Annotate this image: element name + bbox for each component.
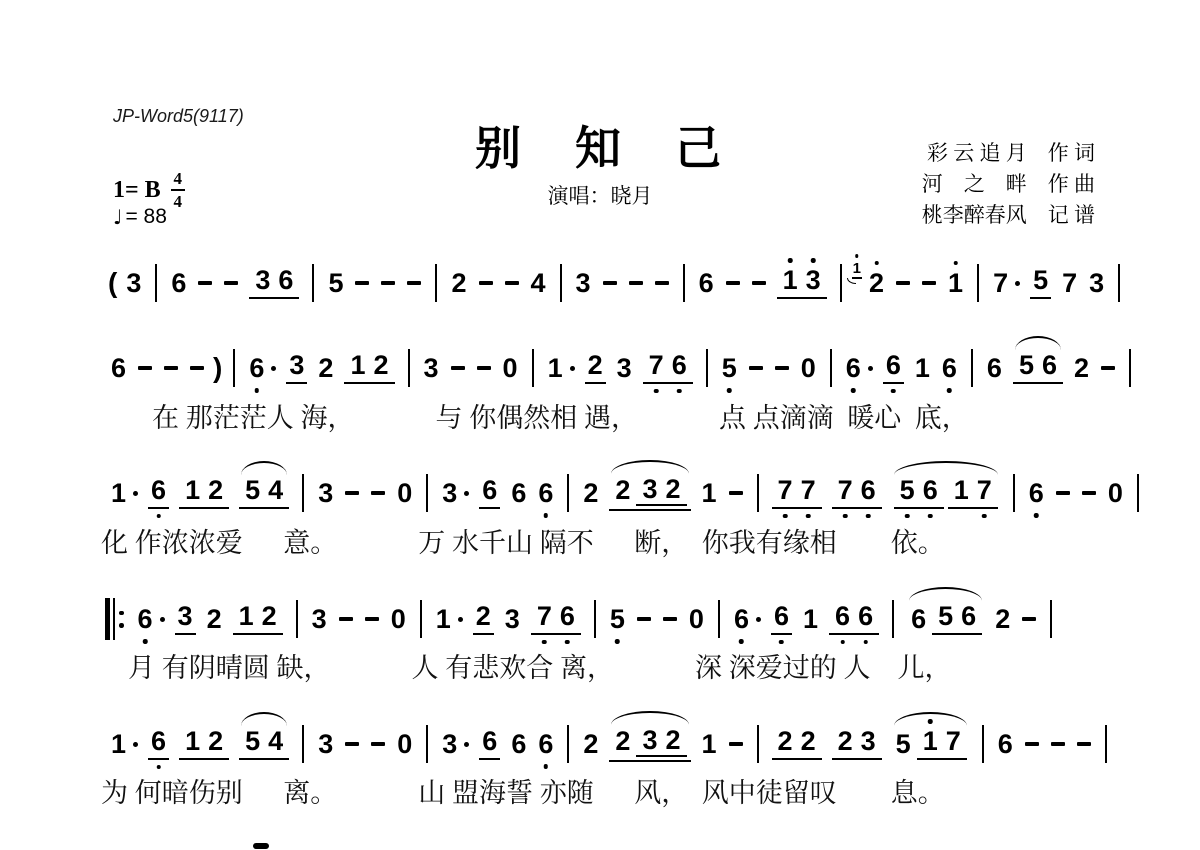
grace-note: 1 [852,261,862,279]
note: 1 [184,728,201,755]
note: 2 [777,728,794,755]
key-label: 1= B [113,177,161,204]
note: 6 [857,603,874,630]
note: 1 [947,270,964,297]
note: 5 [327,270,344,297]
barline [302,725,304,763]
note: 7 [777,477,794,504]
barline [892,600,894,638]
dash-line [345,742,359,746]
note: 5 [937,603,954,630]
octave-dot-low [866,514,871,519]
note: 4 [267,728,284,755]
note: 6 [510,731,527,758]
barline [594,600,596,638]
octave-dot-low [739,639,744,644]
page-edge-mark [253,843,269,849]
note: 6 [479,477,500,509]
octave-dot-low [156,514,161,519]
dash-line [603,281,617,285]
dash-line [1077,742,1091,746]
dash-line [729,742,743,746]
note: 5 [899,477,916,504]
note: 6 [941,355,958,382]
slur-group: 54 [239,728,289,760]
augmentation-dot [133,742,138,747]
fraction-line [171,189,185,191]
octave-dot-low [544,513,549,518]
barline [830,349,832,387]
note: 2 [582,731,599,758]
barline [435,264,437,302]
slur-group: 54 [239,477,289,509]
octave-dot-low [727,388,732,393]
slur-group: 517 [892,728,969,760]
note: 6 [537,480,554,507]
note: 7 [837,477,854,504]
augmentation-dot [464,491,469,496]
augmentation-dot [464,742,469,747]
beam-group: 77 [772,477,822,509]
note: 2 [664,727,681,754]
note: 3 [860,728,877,755]
augmentation-dot [160,617,165,622]
beam-group: 17 [948,477,998,509]
dash-line [729,491,743,495]
note: 6 [170,270,187,297]
slur-group: 5617 [892,477,1000,509]
note: 3 [317,731,334,758]
note: 1 [435,606,463,633]
lyrics-line-2: 化 作浓浓爱 意。 万 水千山 隔不 断， 你我有缘相 依。 [101,521,945,560]
rest-note: 0 [502,355,519,382]
note: 6 [1028,480,1045,507]
octave-dot-low [565,640,570,645]
note: 1 [914,355,931,382]
note: 3 [254,267,271,294]
rest-note: 0 [1107,480,1124,507]
octave-dot-low [156,765,161,770]
note: 3 [504,606,521,633]
octave-dot-high [953,261,958,266]
barline [1129,349,1131,387]
barline [302,474,304,512]
lyrics-line-1: 在 那茫茫人 海， 与 你偶然相 遇， 点 点滴滴 暖心 底， [152,396,969,435]
note: 6 [883,352,904,384]
beam-group: 12 [179,728,229,760]
barline [757,725,759,763]
note: 3 [805,267,822,294]
note: 6 [277,267,294,294]
dash-line [190,366,204,370]
rest-note: 0 [396,480,413,507]
dash-line [922,281,936,285]
octave-dot-low [255,388,260,393]
lyricist-credit: 彩 云 追 月 作 词 [922,138,1095,169]
dash-line [345,491,359,495]
jianpu-line-3: 161254303666223217776561760 [105,471,1147,515]
barline [757,474,759,512]
octave-dot-high [874,261,879,266]
barline [1137,474,1139,512]
note: 1 [701,480,718,507]
dash-line [896,281,910,285]
rest-note: 0 [390,606,407,633]
lyrics-line-4: 为 何暗伤别 离。 山 盟海誓 亦随 风， 风中徒留叹 息。 [101,771,945,810]
barline [532,349,534,387]
note: 2 [206,606,223,633]
barline [982,725,984,763]
note: 2 [450,270,467,297]
beam-group: 32 [636,476,686,506]
note: 3 [641,727,658,754]
note: 7 [1061,270,1078,297]
key-signature: 1= B 4 4 [113,170,185,210]
octave-dot-high [928,719,933,724]
barline [706,349,708,387]
note: 1 [953,477,970,504]
dash-line [663,617,677,621]
dash-line [1101,366,1115,370]
note: 6 [559,603,576,630]
note: 1 [110,731,138,758]
barline [567,725,569,763]
note: 6 [537,731,554,758]
octave-dot-low [542,640,547,645]
note: 6 [997,731,1014,758]
octave-dot-low [928,514,933,519]
beam-group: 12 [179,477,229,509]
dash-line [726,281,740,285]
dash-line [451,366,465,370]
dash-line [752,281,766,285]
dash-line [355,281,369,285]
dash-line [381,281,395,285]
note: 2 [664,476,681,503]
note: 5 [609,606,626,633]
note: 6 [910,606,927,633]
note: 2 [317,355,334,382]
note: 3 [641,476,658,503]
beam-group: 32 [636,727,686,757]
note: 3 [1088,270,1105,297]
parenthesis: ) [213,352,222,384]
beam-group: 17 [917,728,967,760]
note: 2 [585,352,606,384]
barline [1013,474,1015,512]
note: 4 [267,477,284,504]
octave-dot-low [905,514,910,519]
note: 2 [837,728,854,755]
barline [718,600,720,638]
dash-line [655,281,669,285]
note: 2 [614,728,631,755]
rest-note: 0 [688,606,705,633]
credits-block: 彩 云 追 月 作 词 河 之 畔 作 曲 桃李醉春风 记 谱 [922,138,1095,231]
note: 6 [986,355,1003,382]
dash-line [365,617,379,621]
note: 2 [582,480,599,507]
note: 2 [261,603,278,630]
barline [408,349,410,387]
note: 6 [110,355,127,382]
dash-line [138,366,152,370]
beam-group: 13 [777,267,827,299]
augmentation-dot [756,617,761,622]
dash-line [198,281,212,285]
note: 6 [248,355,276,382]
note: 6 [960,603,977,630]
note: 2 [994,606,1011,633]
augmentation-dot [133,491,138,496]
note: 1 [547,355,575,382]
rest-note: 0 [396,731,413,758]
beam-group: 23 [832,728,882,760]
augmentation-dot [1015,281,1020,286]
note: 3 [175,603,196,635]
note: 7 [648,352,665,379]
note: 6 [137,606,165,633]
note: 6 [698,270,715,297]
augmentation-dot [458,617,463,622]
jianpu-line-4: 63212301237650661666562 [105,597,1060,641]
note: 2 [1073,355,1090,382]
dash-line [339,617,353,621]
dash-line [479,281,493,285]
parenthesis: ( [108,267,117,299]
augmentation-dot [868,366,873,371]
beam-group: 76 [531,603,581,635]
dash-line [1056,491,1070,495]
dash-line [505,281,519,285]
jianpu-line-5: 1612543036662232122235176 [105,722,1115,766]
note: 3 [441,480,469,507]
dash-line [224,281,238,285]
octave-dot-low [1034,513,1039,518]
dash-line [629,281,643,285]
octave-dot-low [783,514,788,519]
augmentation-dot [271,366,276,371]
dash-line [775,366,789,370]
note: 2 [207,477,224,504]
note: 2 [372,352,389,379]
note: 7 [800,477,817,504]
octave-dot-low [677,389,682,394]
slur-arc [894,461,998,475]
note: 3 [423,355,440,382]
note: 2 [614,477,631,504]
note: 6 [510,480,527,507]
note: 5 [1030,267,1051,299]
tempo-marking: ♩ = 88 [113,205,167,229]
tempo-value: = 88 [125,205,166,229]
note: 3 [125,270,142,297]
note: 4 [530,270,547,297]
slur-arc [1015,336,1061,350]
beam-group: 76 [643,352,693,384]
dash-line [477,366,491,370]
rest-note: 0 [800,355,817,382]
octave-dot-high [788,258,793,263]
note: 6 [1041,352,1058,379]
jianpu-line-2: 6)6321230123765066166562 [105,346,1139,390]
note: 5 [1018,352,1035,379]
note: 6 [148,477,169,509]
slur-group: 232 [609,727,690,762]
barline [426,725,428,763]
slur-arc [241,712,287,726]
barline [312,264,314,302]
octave-dot-high [811,258,816,263]
slur-arc [611,460,688,474]
note: 5 [244,728,261,755]
note: 1 [701,731,718,758]
octave-dot-low [840,640,845,645]
composer-credit: 河 之 畔 作 曲 [922,169,1095,200]
note: 2 [868,270,885,297]
jianpu-line-1: (363652436131217573 [105,261,1128,305]
slur-arc [611,711,688,725]
dash-line [749,366,763,370]
octave-dot-low [654,389,659,394]
octave-dot-low [143,639,148,644]
note: 1 [922,728,939,755]
note: 6 [733,606,761,633]
note: 3 [441,731,469,758]
slur-arc [909,587,982,601]
beam-group: 12 [233,603,283,635]
octave-dot-low [843,514,848,519]
note: 2 [473,603,494,635]
dash-line [1022,617,1036,621]
beam-group: 66 [829,603,879,635]
note: 6 [845,355,873,382]
note: 7 [536,603,553,630]
beam-group: 36 [249,267,299,299]
dash-line [371,742,385,746]
octave-dot-low [615,639,620,644]
octave-dot-low [947,388,952,393]
slur-arc [241,461,287,475]
dash-line [1082,491,1096,495]
note: 7 [976,477,993,504]
time-denominator: 4 [173,193,182,210]
octave-dot-low [806,514,811,519]
note: 2 [207,728,224,755]
dash-line [1051,742,1065,746]
beam-group: 76 [832,477,882,509]
barline [233,349,235,387]
barline [1050,600,1052,638]
repeat-sign [105,598,124,640]
octave-dot-low [544,764,549,769]
beam-group: 12 [344,352,394,384]
note: 6 [860,477,877,504]
note: 1 [782,267,799,294]
slur-group: 232 [609,476,690,511]
note: 7 [945,728,962,755]
note: 5 [721,355,738,382]
time-signature: 4 4 [171,170,185,210]
octave-dot-low [851,388,856,393]
barline [155,264,157,302]
note: 5 [895,731,912,758]
note: 7 [992,270,1020,297]
note: 1 [110,480,138,507]
barline [1118,264,1120,302]
octave-dot-low [779,640,784,645]
note: 6 [148,728,169,760]
barline [683,264,685,302]
barline [296,600,298,638]
slur-group: 656 [907,603,984,635]
octave-dot-high [855,254,859,258]
barline [560,264,562,302]
note: 6 [771,603,792,635]
octave-dot-low [863,640,868,645]
beam-group: 56 [894,477,944,509]
note: 1 [238,603,255,630]
dash-line [371,491,385,495]
beam-group: 56 [932,603,982,635]
note: 6 [922,477,939,504]
time-numerator: 4 [173,170,182,187]
augmentation-dot [570,366,575,371]
octave-dot-low [891,389,896,394]
barline [971,349,973,387]
barline [1105,725,1107,763]
beam-group: 22 [772,728,822,760]
barline [420,600,422,638]
note: 6 [671,352,688,379]
dash-line [1025,742,1039,746]
note: 3 [311,606,328,633]
transcriber-credit: 桃李醉春风 记 谱 [922,200,1095,231]
note: 2 [800,728,817,755]
dash-line [637,617,651,621]
note: 3 [575,270,592,297]
barline [840,264,842,302]
note: 1 [802,606,819,633]
barline [567,474,569,512]
note: 6 [834,603,851,630]
note: 1 [349,352,366,379]
dash-line [164,366,178,370]
barline [977,264,979,302]
note: 3 [286,352,307,384]
barline [426,474,428,512]
dash-line [407,281,421,285]
quarter-note-icon: ♩ [113,205,122,229]
lyrics-line-3: 月 有阴晴圆 缺， 人 有悲欢合 离， 深 深爱过的 人 儿， [128,646,952,685]
note: 1 [184,477,201,504]
note: 3 [616,355,633,382]
note: 3 [317,480,334,507]
note: 6 [479,728,500,760]
octave-dot-low [982,514,987,519]
note: 5 [244,477,261,504]
slur-group: 56 [1013,352,1063,384]
